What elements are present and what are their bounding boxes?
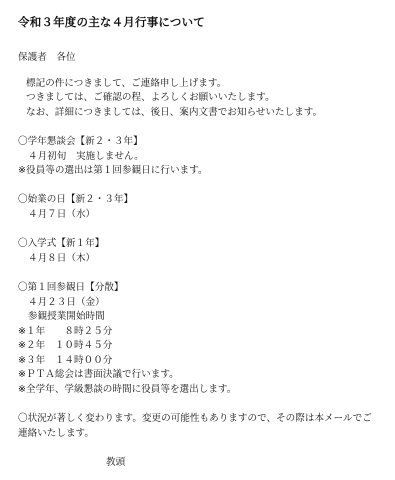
closing-notice: 〇状況が著しく変わります。変更の可能性もありますので、その際は本メールでご連絡い… <box>18 412 378 441</box>
intro-line: なお、詳細につきましては、後日、案内文書でお知らせいたします。 <box>18 106 378 121</box>
event-note: ※１年 ８時２５分 <box>18 325 378 340</box>
intro-section: 標記の件につきまして、ご連絡申し上げます。 つきましては、ご確認の程、よろしくお… <box>18 77 378 121</box>
event-date: ４月初旬 実施しません。 <box>18 150 378 165</box>
event-heading: 〇入学式【新１年】 <box>18 237 378 252</box>
event-note: ※全学年、学級懇談の時間に役員等を選出します。 <box>18 383 378 398</box>
event-heading: 〇第１回参観日【分散】 <box>18 281 378 296</box>
addressee: 保護者 各位 <box>18 51 378 66</box>
signature: 教頭 <box>18 456 378 471</box>
document-body: 令和３年度の主な４月行事について 保護者 各位 標記の件につきまして、ご連絡申し… <box>18 14 378 471</box>
event-subheading: 参観授業開始時間 <box>18 310 378 325</box>
event-heading: 〇学年懇談会【新２・３年】 <box>18 135 378 150</box>
intro-line: 標記の件につきまして、ご連絡申し上げます。 <box>18 77 378 92</box>
event-date: ４月２３日（金） <box>18 296 378 311</box>
event-note: ※３年 １４時００分 <box>18 354 378 369</box>
intro-line: つきましては、ご確認の程、よろしくお願いいたします。 <box>18 91 378 106</box>
event-note: ※役員等の選出は第１回参観日に行います。 <box>18 164 378 179</box>
event-entrance-ceremony: 〇入学式【新１年】 ４月８日（木） <box>18 237 378 266</box>
event-opening-day: 〇始業の日【新２・３年】 ４月７日（水） <box>18 193 378 222</box>
event-open-class-day: 〇第１回参観日【分散】 ４月２３日（金） 参観授業開始時間 ※１年 ８時２５分 … <box>18 281 378 398</box>
event-date: ４月８日（木） <box>18 252 378 267</box>
event-date: ４月７日（水） <box>18 208 378 223</box>
event-note: ※２年 １０時４５分 <box>18 339 378 354</box>
event-note: ※ＰＴＡ総会は書面決議で行います。 <box>18 368 378 383</box>
event-heading: 〇始業の日【新２・３年】 <box>18 193 378 208</box>
event-parent-conference: 〇学年懇談会【新２・３年】 ４月初旬 実施しません。 ※役員等の選出は第１回参観… <box>18 135 378 179</box>
document-title: 令和３年度の主な４月行事について <box>18 14 378 30</box>
